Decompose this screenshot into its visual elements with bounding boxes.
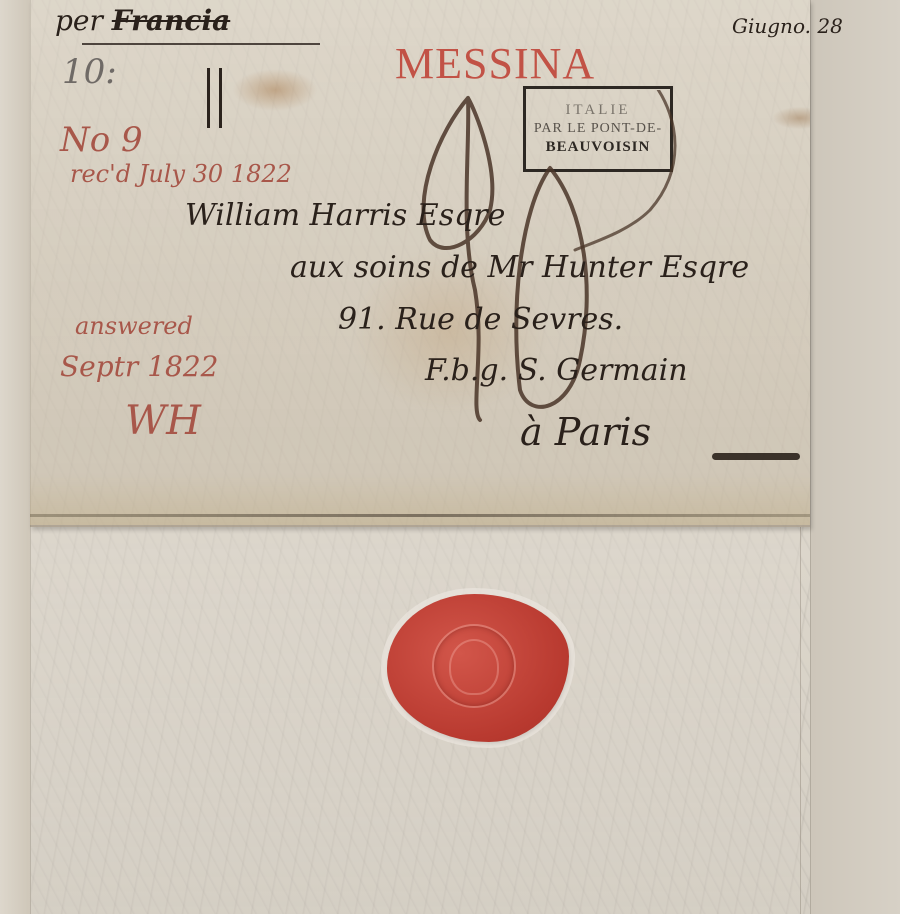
docket-number: No 9 xyxy=(60,120,143,160)
seal-inner-impression xyxy=(449,639,499,695)
address-line-5: à Paris xyxy=(520,410,651,454)
routing-prefix: per xyxy=(55,4,103,37)
address-line-1: William Harris Esqre xyxy=(185,198,505,233)
right-fold-strip xyxy=(810,0,900,914)
address-line-3: 91. Rue de Sevres. xyxy=(338,302,623,337)
lower-panel xyxy=(30,527,801,914)
routing-underline xyxy=(82,43,320,45)
double-bar-mark xyxy=(207,68,222,128)
rate-mark: 10: xyxy=(62,52,117,92)
docket-answered-date: Septr 1822 xyxy=(60,350,218,383)
docket-initials: WH xyxy=(125,398,201,444)
left-fold-strip xyxy=(0,0,31,914)
docket-received: rec'd July 30 1822 xyxy=(70,160,292,188)
letter-date: Giugno. 28 xyxy=(732,14,843,38)
address-flourish xyxy=(712,453,800,460)
address-line-4: F.b.g. S. Germain xyxy=(425,353,688,388)
messina-postmark: MESSINA xyxy=(395,38,595,89)
routing-struck-text: Francia xyxy=(112,4,230,37)
routing-note: per Francia xyxy=(55,4,230,37)
address-line-2: aux soins de Mr Hunter Esqre xyxy=(290,250,749,285)
docket-answered: answered xyxy=(75,312,193,340)
horizontal-fold-crease xyxy=(30,514,810,517)
